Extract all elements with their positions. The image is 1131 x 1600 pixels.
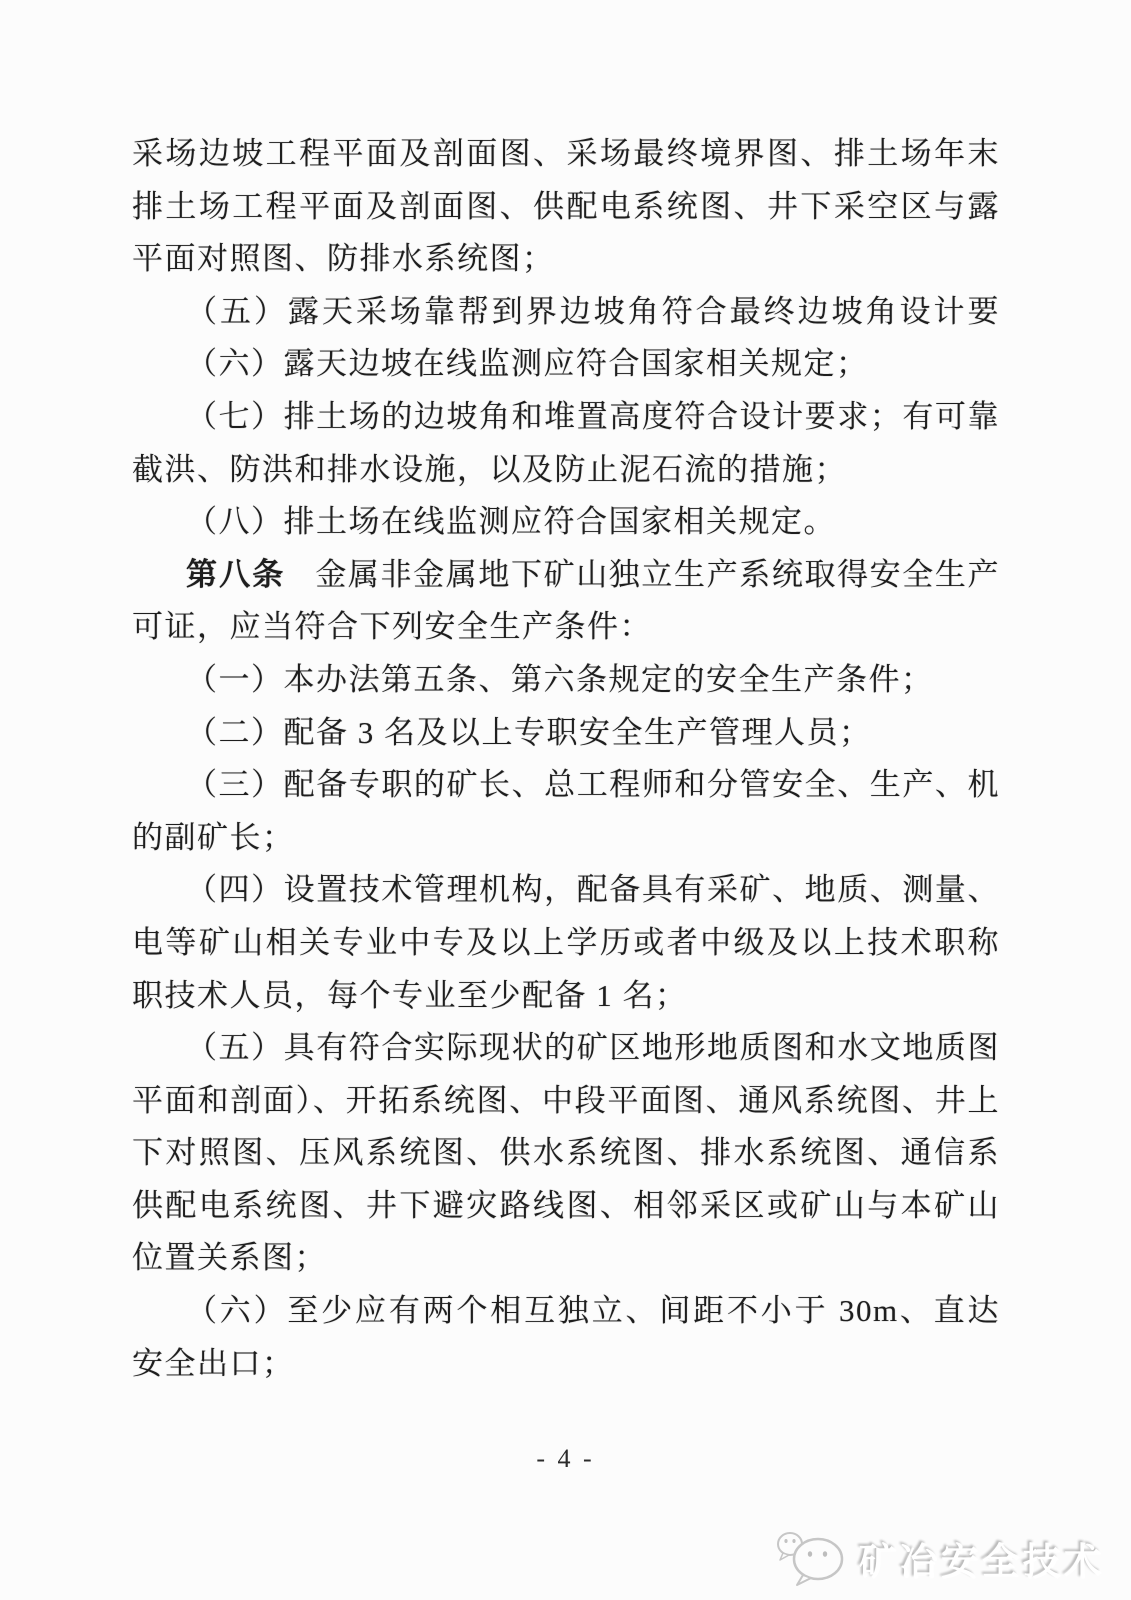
document-page: 采场边坡工程平面及剖面图、采场最终境界图、排土场年末图、 排土场工程平面及剖面图… [0, 0, 1131, 1600]
doc-line: （五）具有符合实际现状的矿区地形地质图和水文地质图（含 [132, 1022, 1000, 1075]
doc-line: （七）排土场的边坡角和堆置高度符合设计要求；有可靠的 [132, 391, 1000, 444]
brand-watermark-label: 矿冶安全技术 [859, 1531, 1105, 1585]
document-body: 采场边坡工程平面及剖面图、采场最终境界图、排土场年末图、 排土场工程平面及剖面图… [132, 128, 1000, 1390]
doc-line: 的副矿长； [132, 812, 1000, 865]
doc-line: （八）排土场在线监测应符合国家相关规定。 [132, 496, 1000, 549]
doc-line: （一）本办法第五条、第六条规定的安全生产条件； [132, 654, 1000, 707]
doc-line: （三）配备专职的矿长、总工程师和分管安全、生产、机电 [132, 759, 1000, 812]
wechat-icon [775, 1528, 849, 1588]
brand-watermark: 矿冶安全技术 [775, 1528, 1105, 1588]
doc-line-article-heading: 第八条金属非金属地下矿山独立生产系统取得安全生产许 [132, 549, 1000, 602]
doc-line: 可证，应当符合下列安全生产条件： [132, 601, 1000, 654]
doc-line: 排土场工程平面及剖面图、供配电系统图、井下采空区与露天矿 [132, 181, 1000, 234]
doc-line: 采场边坡工程平面及剖面图、采场最终境界图、排土场年末图、 [132, 128, 1000, 181]
page-number: - 4 - [0, 1444, 1131, 1474]
doc-line: （六）露天边坡在线监测应符合国家相关规定； [132, 338, 1000, 391]
doc-line: 安全出口； [132, 1338, 1000, 1391]
doc-line: 平面和剖面）、开拓系统图、中段平面图、通风系统图、井上和井 [132, 1075, 1000, 1128]
doc-line: 电等矿山相关专业中专及以上学历或者中级及以上技术职称的专 [132, 917, 1000, 970]
doc-line: 职技术人员，每个专业至少配备 1 名； [132, 970, 1000, 1023]
doc-line: （四）设置技术管理机构，配备具有采矿、地质、测量、机 [132, 864, 1000, 917]
doc-line: 平面对照图、防排水系统图； [132, 233, 1000, 286]
doc-line: 截洪、防洪和排水设施，以及防止泥石流的措施； [132, 444, 1000, 497]
doc-line: 供配电系统图、井下避灾路线图、相邻采区或矿山与本矿山空间 [132, 1180, 1000, 1233]
doc-line: （六）至少应有两个相互独立、间距不小于 30m、直达地面的 [132, 1285, 1000, 1338]
doc-line: （五）露天采场靠帮到界边坡角符合最终边坡角设计要求； [132, 286, 1000, 339]
article-number-label: 第八条 [186, 557, 285, 592]
doc-line: 下对照图、压风系统图、供水系统图、排水系统图、通信系统图、 [132, 1127, 1000, 1180]
doc-line: 位置关系图； [132, 1232, 1000, 1285]
doc-line: （二）配备 3 名及以上专职安全生产管理人员； [132, 707, 1000, 760]
